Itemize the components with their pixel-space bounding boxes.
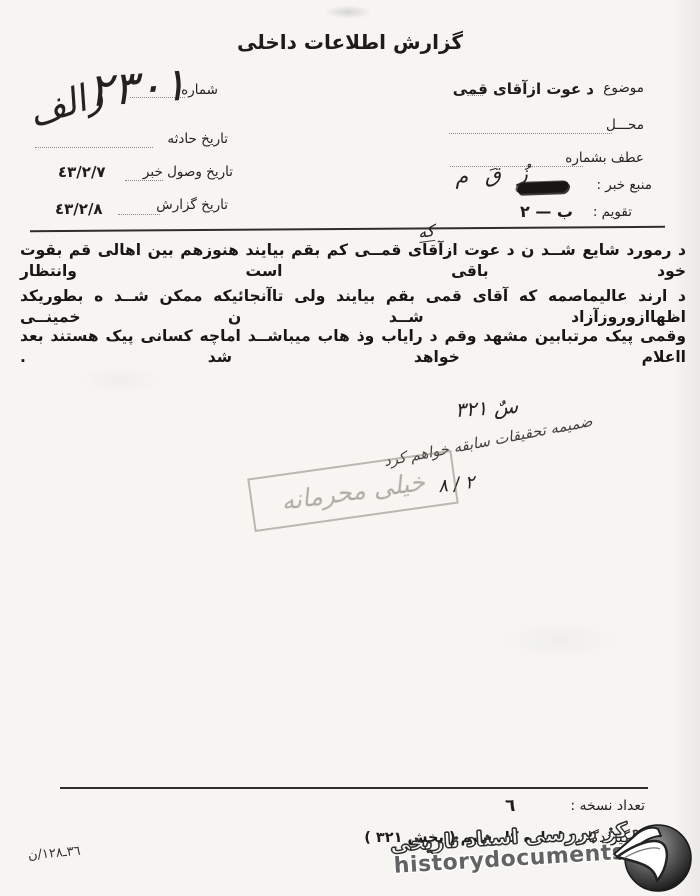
source-label: منبع خبر : bbox=[596, 177, 652, 193]
body-line-2: د ارند عالیماصمه که آقای قمی بقم بیایند … bbox=[20, 286, 686, 328]
incident-date-label: تاریخ حادثه bbox=[167, 131, 228, 147]
report-title: گزارش اطلاعات داخلی bbox=[0, 30, 700, 54]
received-date-label: تاریخ وصول خبر bbox=[143, 164, 233, 180]
dotted-leader bbox=[118, 213, 160, 215]
archive-reference: ٣٦ـ١٢٨/ن bbox=[27, 844, 81, 864]
evaluation-value: ب — ٢ bbox=[520, 202, 573, 221]
dotted-leader bbox=[125, 179, 163, 181]
report-date-label: تاریخ گزارش bbox=[156, 197, 228, 213]
watermark-logo-icon bbox=[610, 818, 698, 896]
number-handwritten-note: رالف bbox=[24, 73, 109, 135]
subject-label: موضوع bbox=[603, 80, 644, 96]
evaluation-label: تقویم : bbox=[593, 204, 632, 220]
location-label: محـــل bbox=[606, 117, 644, 133]
section-number-note: سٌ ٣٢١ bbox=[454, 394, 519, 422]
footer-divider bbox=[60, 787, 648, 789]
copies-label: تعداد نسخه : bbox=[570, 798, 645, 814]
reference-number-label: عطف بشماره bbox=[565, 150, 644, 166]
confidential-stamp-text: خیلی محرمانه bbox=[279, 467, 426, 516]
dotted-leader bbox=[467, 94, 483, 96]
confidential-stamp: خیلی محرمانه bbox=[247, 450, 459, 532]
body-line-3: وقمی پیک مرتبابین مشهد وقم د رایاب وذ ها… bbox=[20, 326, 686, 368]
report-date-value: ٤٣/٢/٨ bbox=[55, 200, 103, 218]
dotted-leader bbox=[35, 146, 153, 148]
source-handwritten-value: زُ قَ م bbox=[454, 161, 528, 189]
copies-value: ٦ bbox=[505, 796, 515, 816]
dotted-leader bbox=[449, 132, 612, 134]
scanned-report-page: گزارش اطلاعات داخلی شماره ٢٣٠١ رالف تاری… bbox=[0, 0, 700, 896]
header-divider bbox=[30, 226, 665, 232]
body-line-1: د رمورد شایع شــد ن د عوت ازآقای قمــی ک… bbox=[20, 240, 686, 282]
received-date-value: ٤٣/٢/٧ bbox=[58, 163, 106, 181]
